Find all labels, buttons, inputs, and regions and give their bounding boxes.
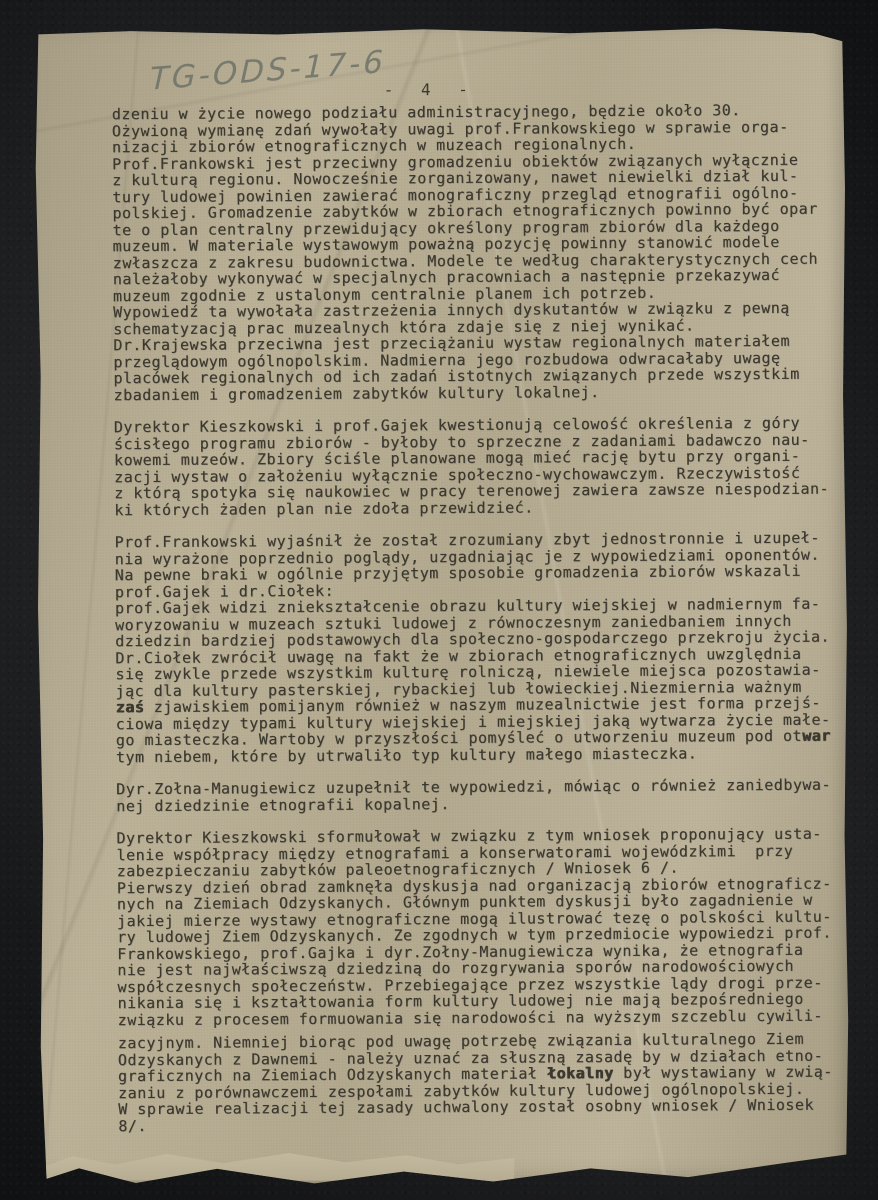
torn-paper-edge (44, 1150, 514, 1181)
document-text: dzeniu w życie nowego podziału administr… (112, 101, 851, 1134)
text-line: ki których żaden plan nie zdoła przewidz… (114, 497, 846, 518)
paragraph: Prof.Frankowski wyjaśnił że został zrozu… (115, 529, 848, 765)
overstruck-text: war (802, 727, 831, 745)
paragraph: zacyjnym. Niemniej biorąc pod uwagę potr… (118, 1030, 851, 1134)
scan-background: TG-ODS-17-6 - 4 - dzeniu w życie nowego … (0, 0, 878, 1200)
text-line: związku z procesem formuowania się narod… (118, 1007, 850, 1028)
page-number: - 4 - (34, 78, 846, 101)
text-line: nej dziedzinie etnografii kopalnej. (116, 793, 848, 814)
overstruck-text: łokalny (547, 1064, 614, 1082)
paragraph: Dyr.Zołna-Manugiewicz uzupełnił te wypow… (116, 776, 848, 814)
overstruck-text: zaś (116, 698, 145, 716)
paragraph: dzeniu w życie nowego podziału administr… (112, 101, 846, 403)
text-line: zbadaniem i gromadzeniem zabytków kultur… (114, 382, 846, 403)
text-line: tym niebem, które by utrwaliło typ kultu… (116, 744, 848, 765)
document-page: TG-ODS-17-6 - 4 - dzeniu w życie nowego … (33, 26, 850, 1186)
paragraph: Dyrektor Kieszkowski sformułował w związ… (116, 825, 849, 1028)
paragraph: Dyrektor Kieszkowski i prof.Gajek kwesti… (114, 414, 847, 518)
